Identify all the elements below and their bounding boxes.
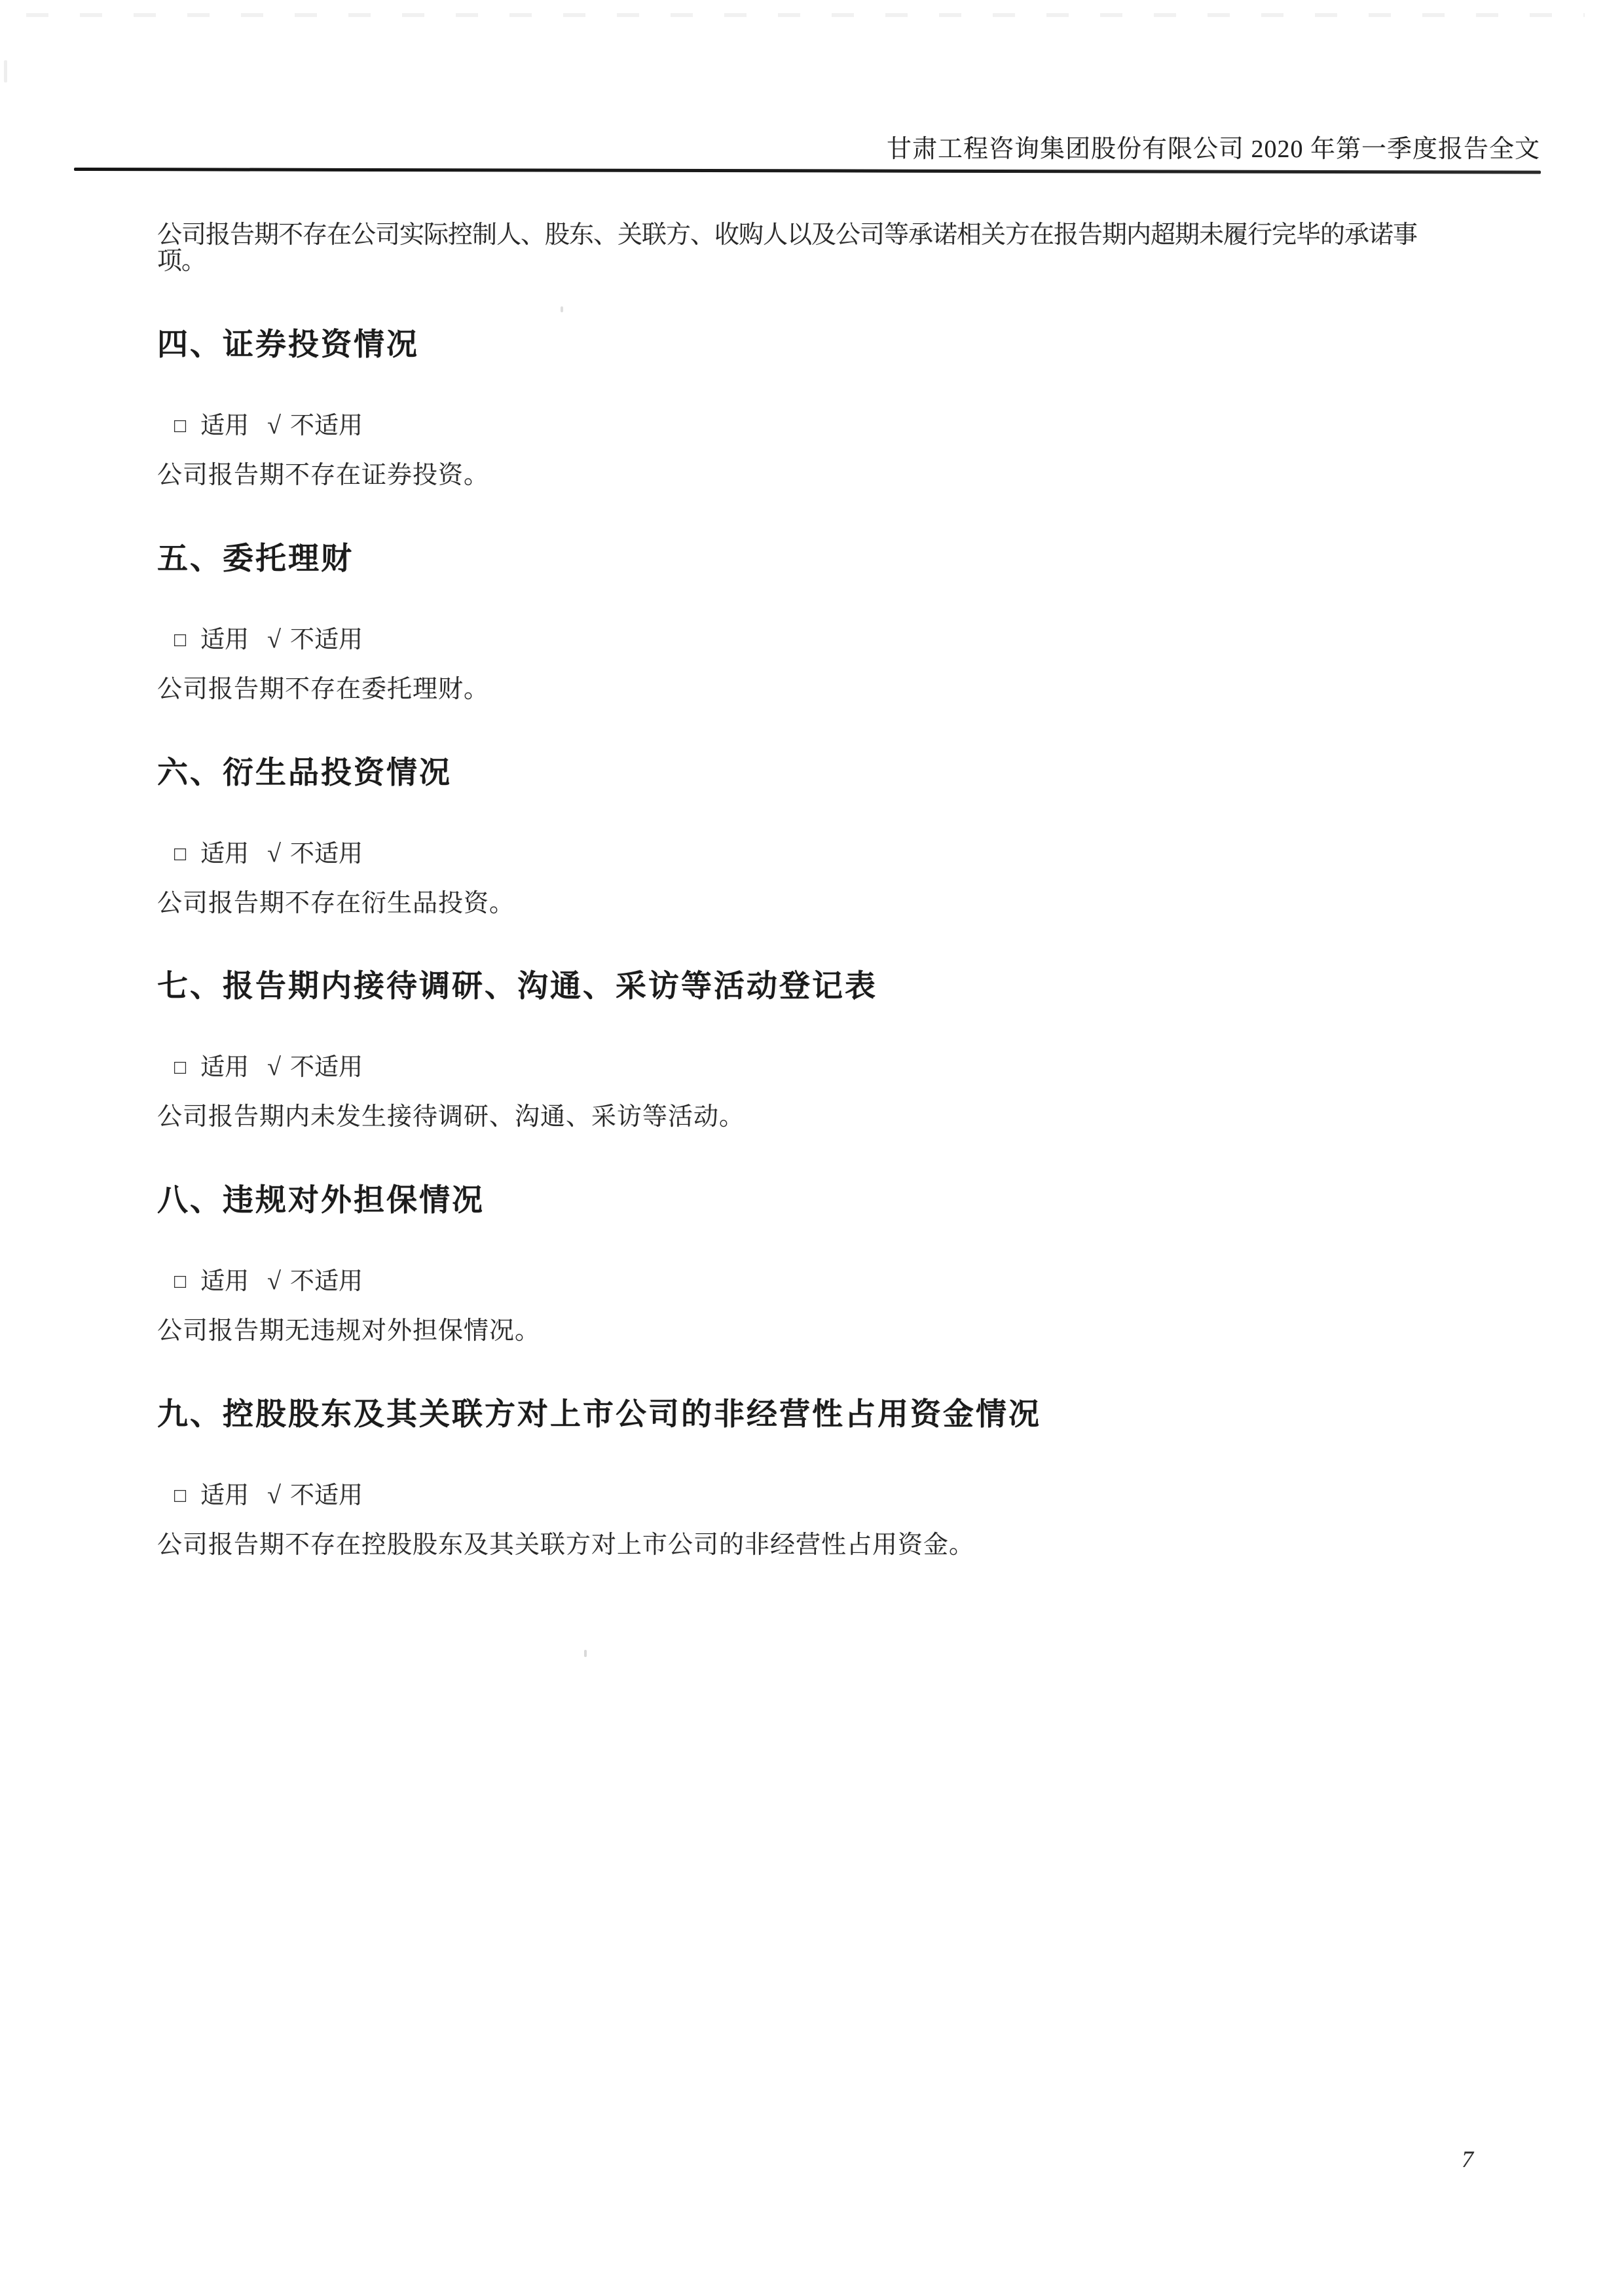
section-irregular-external-guarantees: 八、违规对外担保情况 □适用√不适用 公司报告期无违规对外担保情况。 — [157, 1186, 1421, 1345]
applicability-line: □适用√不适用 — [157, 841, 1421, 866]
checkbox-unchecked-icon: □ — [174, 630, 186, 650]
not-applicable-label: 不适用 — [290, 1054, 363, 1081]
checkmark-icon: √ — [267, 627, 281, 652]
section-heading: 七、报告期内接待调研、沟通、采访等活动登记表 — [157, 972, 1421, 1002]
section-heading: 六、衍生品投资情况 — [157, 758, 1421, 789]
checkmark-icon: √ — [267, 413, 281, 438]
applicable-label: 适用 — [200, 412, 249, 439]
checkbox-unchecked-icon: □ — [174, 416, 186, 436]
scan-artifact — [4, 60, 7, 82]
section-securities-investment: 四、证券投资情况 □适用√不适用 公司报告期不存在证券投资。 — [157, 330, 1421, 489]
checkbox-unchecked-icon: □ — [174, 1272, 186, 1292]
checkbox-unchecked-icon: □ — [174, 1486, 186, 1506]
not-applicable-label: 不适用 — [290, 1268, 363, 1295]
report-running-header: 甘肃工程咨询集团股份有限公司 2020 年第一季度报告全文 — [74, 137, 1540, 162]
applicable-label: 适用 — [200, 1482, 249, 1509]
section-body: 公司报告期不存在衍生品投资。 — [157, 891, 1421, 917]
section-body: 公司报告期不存在控股股东及其关联方对上市公司的非经营性占用资金。 — [157, 1533, 1421, 1559]
section-heading: 九、控股股东及其关联方对上市公司的非经营性占用资金情况 — [157, 1400, 1421, 1430]
scan-artifact — [584, 1650, 587, 1657]
applicable-label: 适用 — [200, 841, 249, 867]
checkmark-icon: √ — [267, 841, 281, 866]
checkmark-icon: √ — [267, 1483, 281, 1508]
section-body: 公司报告期无违规对外担保情况。 — [157, 1319, 1421, 1345]
section-non-operating-fund-occupation: 九、控股股东及其关联方对上市公司的非经营性占用资金情况 □适用√不适用 公司报告… — [157, 1400, 1421, 1559]
not-applicable-label: 不适用 — [290, 841, 363, 867]
checkmark-icon: √ — [267, 1269, 281, 1294]
section-reception-research-activities: 七、报告期内接待调研、沟通、采访等活动登记表 □适用√不适用 公司报告期内未发生… — [157, 972, 1421, 1131]
checkbox-unchecked-icon: □ — [174, 845, 186, 864]
section-entrusted-wealth-management: 五、委托理财 □适用√不适用 公司报告期不存在委托理财。 — [157, 544, 1421, 703]
scan-artifact — [26, 13, 1585, 17]
section-body: 公司报告期不存在委托理财。 — [157, 677, 1421, 703]
checkbox-unchecked-icon: □ — [174, 1058, 186, 1078]
applicability-line: □适用√不适用 — [157, 1483, 1421, 1508]
report-body: 公司报告期不存在公司实际控制人、股东、关联方、收购人以及公司等承诺相关方在报告期… — [157, 223, 1421, 1559]
applicable-label: 适用 — [200, 1268, 249, 1295]
applicable-label: 适用 — [200, 1054, 249, 1081]
applicability-line: □适用√不适用 — [157, 627, 1421, 652]
section-heading: 八、违规对外担保情况 — [157, 1186, 1421, 1216]
applicability-line: □适用√不适用 — [157, 1269, 1421, 1294]
commitments-conclusion-paragraph: 公司报告期不存在公司实际控制人、股东、关联方、收购人以及公司等承诺相关方在报告期… — [157, 223, 1421, 275]
section-heading: 五、委托理财 — [157, 544, 1421, 575]
applicable-label: 适用 — [200, 627, 249, 653]
applicability-line: □适用√不适用 — [157, 1055, 1421, 1080]
checkmark-icon: √ — [267, 1055, 281, 1080]
scanned-report-page: 甘肃工程咨询集团股份有限公司 2020 年第一季度报告全文 公司报告期不存在公司… — [0, 0, 1624, 2296]
not-applicable-label: 不适用 — [290, 412, 363, 439]
section-heading: 四、证券投资情况 — [157, 330, 1421, 361]
not-applicable-label: 不适用 — [290, 1482, 363, 1509]
section-body: 公司报告期内未发生接待调研、沟通、采访等活动。 — [157, 1104, 1421, 1131]
section-derivatives-investment: 六、衍生品投资情况 □适用√不适用 公司报告期不存在衍生品投资。 — [157, 758, 1421, 917]
not-applicable-label: 不适用 — [290, 627, 363, 653]
page-number: 7 — [1462, 2147, 1473, 2171]
header-divider — [74, 168, 1541, 174]
applicability-line: □适用√不适用 — [157, 413, 1421, 438]
section-body: 公司报告期不存在证券投资。 — [157, 463, 1421, 489]
